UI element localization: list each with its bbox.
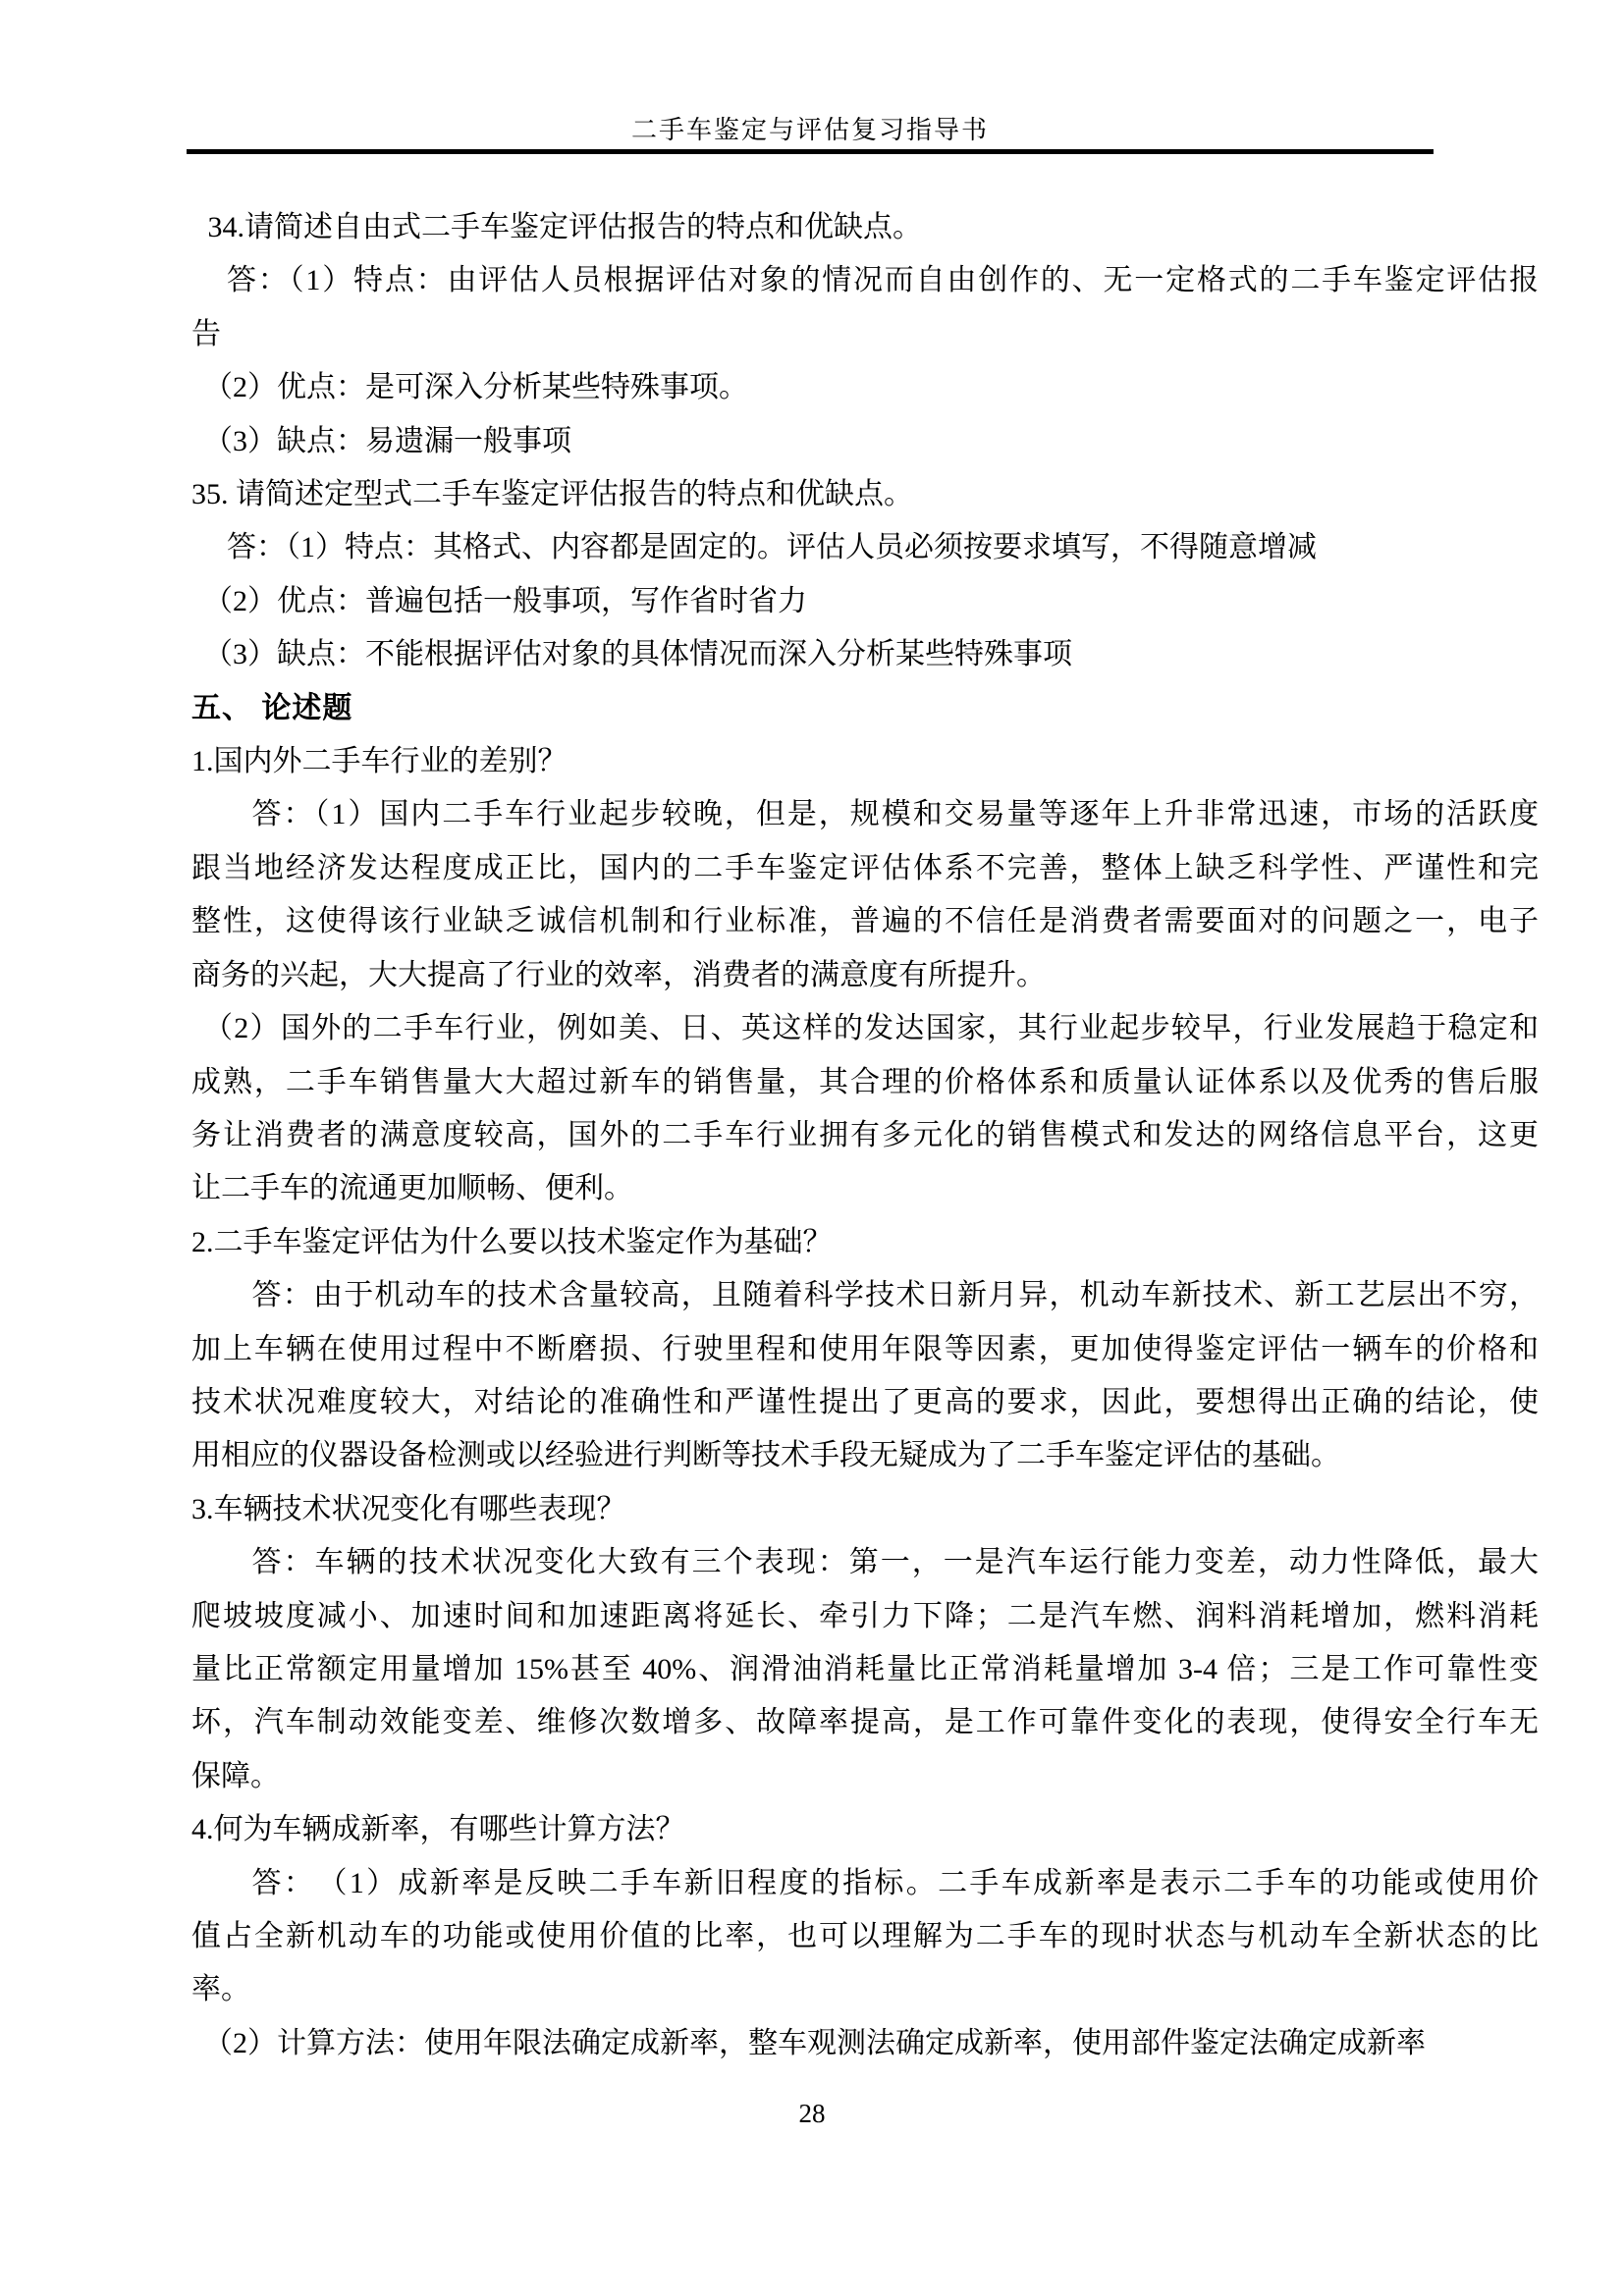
section-heading-essay: 五、 论述题 xyxy=(191,682,1539,735)
line-e2-answer-4: 用相应的仪器设备检测或以经验进行判断等技术手段无疑成为了二手车鉴定评估的基础。 xyxy=(191,1429,1539,1482)
page-header-title: 二手车鉴定与评估复习指导书 xyxy=(187,110,1434,146)
line-e4-answer-3: 率。 xyxy=(191,1963,1539,2016)
line-e4-answer-2: 值占全新机动车的功能或使用价值的比率，也可以理解为二手车的现时状态与机动车全新状… xyxy=(191,1910,1539,1963)
line-q34-disadvantage: （3）缺点：易遗漏一般事项 xyxy=(191,415,1539,468)
line-q35-answer: 答：（1）特点：其格式、内容都是固定的。评估人员必须按要求填写，不得随意增减 xyxy=(191,521,1539,574)
line-e3-answer-4: 坏，汽车制动效能变差、维修次数增多、故障率提高，是工作可靠件变化的表现，使得安全… xyxy=(191,1696,1539,1749)
line-e3-answer-1: 答：车辆的技术状况变化大致有三个表现：第一，一是汽车运行能力变差，动力性降低，最… xyxy=(191,1536,1539,1589)
line-e1-answer-2: 跟当地经济发达程度成正比，国内的二手车鉴定评估体系不完善，整体上缺乏科学性、严谨… xyxy=(191,842,1539,895)
line-e1-answer-1: 答：（1）国内二手车行业起步较晚，但是，规模和交易量等逐年上升非常迅速，市场的活… xyxy=(191,788,1539,841)
line-e1-answer-3: 整性，这使得该行业缺乏诚信机制和行业标准，普遍的不信任是消费者需要面对的问题之一… xyxy=(191,895,1539,948)
line-e2-question: 2.二手车鉴定评估为什么要以技术鉴定作为基础？ xyxy=(191,1216,1539,1269)
line-e3-question: 3.车辆技术状况变化有哪些表现？ xyxy=(191,1483,1539,1536)
document-body: 34.请简述自由式二手车鉴定评估报告的特点和优缺点。 答：（1）特点：由评估人员… xyxy=(191,201,1539,2070)
line-q34-title: 34.请简述自由式二手车鉴定评估报告的特点和优缺点。 xyxy=(191,201,1539,254)
line-e3-answer-3: 量比正常额定用量增加 15%甚至 40%、润滑油消耗量比正常消耗量增加 3-4 … xyxy=(191,1643,1539,1696)
header-rule xyxy=(187,149,1434,154)
line-e1-answer2-4: 让二手车的流通更加顺畅、便利。 xyxy=(191,1162,1539,1215)
line-e2-answer-2: 加上车辆在使用过程中不断磨损、行驶里程和使用年限等因素，更加使得鉴定评估一辆车的… xyxy=(191,1323,1539,1376)
line-e1-question: 1.国内外二手车行业的差别？ xyxy=(191,735,1539,788)
line-q35-disadvantage: （3）缺点：不能根据评估对象的具体情况而深入分析某些特殊事项 xyxy=(191,628,1539,681)
page-number: 28 xyxy=(0,2099,1624,2129)
line-q34-answer-2: 告 xyxy=(191,308,1539,361)
line-q35-title: 35. 请简述定型式二手车鉴定评估报告的特点和优缺点。 xyxy=(191,468,1539,521)
line-e1-answer2-2: 成熟，二手车销售量大大超过新车的销售量，其合理的价格体系和质量认证体系以及优秀的… xyxy=(191,1056,1539,1109)
line-e2-answer-3: 技术状况难度较大，对结论的准确性和严谨性提出了更高的要求，因此，要想得出正确的结… xyxy=(191,1376,1539,1429)
line-e1-answer2-3: 务让消费者的满意度较高，国外的二手车行业拥有多元化的销售模式和发达的网络信息平台… xyxy=(191,1109,1539,1162)
line-e1-answer-4: 商务的兴起，大大提高了行业的效率，消费者的满意度有所提升。 xyxy=(191,949,1539,1002)
line-e2-answer-1: 答：由于机动车的技术含量较高，且随着科学技术日新月异，机动车新技术、新工艺层出不… xyxy=(191,1269,1539,1322)
line-e3-answer-5: 保障。 xyxy=(191,1750,1539,1803)
line-e3-answer-2: 爬坡坡度减小、加速时间和加速距离将延长、牵引力下降；二是汽车燃、润料消耗增加，燃… xyxy=(191,1590,1539,1643)
line-e4-question: 4.何为车辆成新率，有哪些计算方法？ xyxy=(191,1803,1539,1856)
line-q35-advantage: （2）优点：普遍包括一般事项，写作省时省力 xyxy=(191,575,1539,628)
line-q34-answer-1: 答：（1）特点：由评估人员根据评估对象的情况而自由创作的、无一定格式的二手车鉴定… xyxy=(191,254,1539,307)
line-e4-answer-1: 答： （1）成新率是反映二手车新旧程度的指标。二手车成新率是表示二手车的功能或使… xyxy=(191,1857,1539,1910)
line-q34-advantage: （2）优点：是可深入分析某些特殊事项。 xyxy=(191,361,1539,414)
line-e4-methods: （2）计算方法：使用年限法确定成新率，整车观测法确定成新率，使用部件鉴定法确定成… xyxy=(191,2017,1539,2070)
document-page: 二手车鉴定与评估复习指导书 34.请简述自由式二手车鉴定评估报告的特点和优缺点。… xyxy=(0,0,1624,2296)
line-e1-answer2-1: （2）国外的二手车行业，例如美、日、英这样的发达国家，其行业起步较早，行业发展趋… xyxy=(191,1002,1539,1055)
